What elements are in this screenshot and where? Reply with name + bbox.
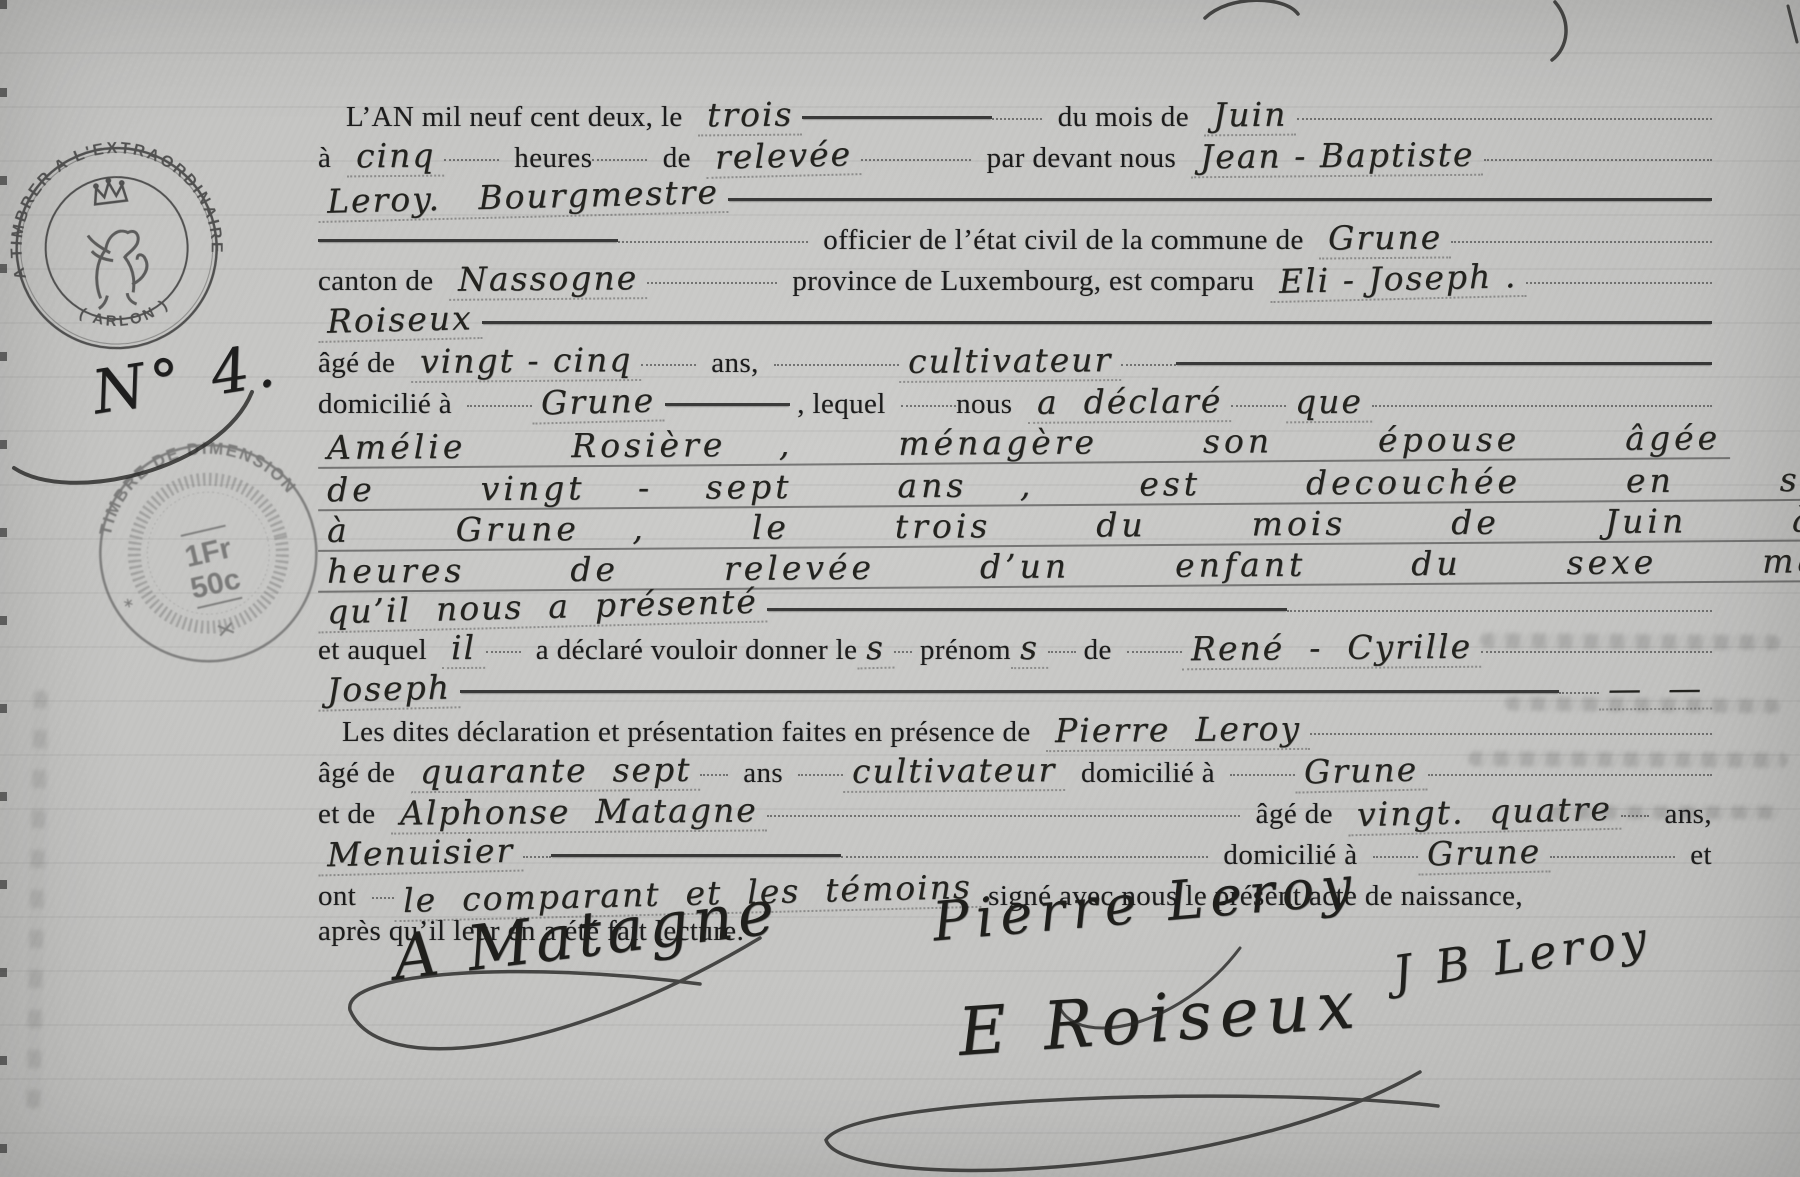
ink-rule	[728, 196, 1712, 201]
handwritten-entry: Juin	[1204, 95, 1297, 137]
document-page: A TIMBRER A L'EXTRAORDINAIRE ( ARLON ) N…	[0, 0, 1800, 1177]
stamp-arc-text: A TIMBRER A L'EXTRAORDINAIRE	[0, 128, 226, 282]
printed-text: par devant nous	[971, 142, 1191, 175]
dotted-leader	[1231, 404, 1286, 407]
handwritten-entry: s	[1011, 628, 1048, 669]
printed-text: , lequel	[790, 388, 902, 421]
printed-text: âgé de	[318, 757, 411, 790]
form-lines: L’AN mil neuf cent deux, le trois du moi…	[318, 95, 1712, 954]
bleed-through-smudge	[26, 690, 47, 1110]
printed-text: canton de	[318, 265, 449, 298]
form-line: Les dites déclaration et présentation fa…	[318, 710, 1712, 751]
form-line: qu’il nous a présenté	[318, 587, 1712, 628]
dotted-leader	[1526, 281, 1712, 284]
dotted-leader	[1048, 650, 1076, 653]
dotted-leader	[1559, 691, 1599, 694]
printed-text: heures	[499, 142, 592, 175]
printed-text: âgé de	[318, 347, 411, 380]
dotted-leader	[1127, 650, 1182, 653]
dotted-leader	[774, 363, 899, 366]
printed-text: ans,	[696, 347, 774, 380]
form-line: Joseph— —	[318, 669, 1712, 710]
handwritten-entry: a déclaré	[1028, 381, 1232, 424]
printed-text: de	[647, 142, 706, 175]
dotted-leader	[798, 773, 843, 776]
ink-rule	[551, 852, 841, 857]
handwritten-entry: cultivateur	[843, 750, 1066, 793]
printed-text: à	[318, 142, 347, 175]
handwritten-entry: vingt - cinq	[410, 340, 641, 383]
handwritten-entry: quarante sept	[410, 750, 700, 794]
handwritten-entry: René - Cyrille	[1182, 627, 1481, 671]
handwritten-entry: Nassogne	[449, 258, 648, 301]
dotted-leader	[1373, 855, 1418, 858]
handwritten-entry: Jean - Baptiste	[1191, 135, 1484, 179]
form-line: âgé de vingt - cinq ans, cultivateur	[318, 341, 1712, 382]
handwritten-entry: Grune	[532, 380, 665, 424]
printed-text: et de	[318, 798, 391, 831]
handwritten-entry: que	[1286, 382, 1372, 424]
form-line: officier de l’état civil de la commune d…	[318, 218, 1712, 259]
handwritten-entry: Roiseux	[318, 298, 483, 343]
form-line: Roiseux	[318, 300, 1712, 341]
handwritten-entry: Eli - Joseph .	[1269, 256, 1526, 303]
handwritten-entry: il	[442, 628, 485, 669]
printed-text: et	[1675, 839, 1712, 872]
form-line: heures de relevée d’un enfant du sexe ma…	[318, 546, 1712, 587]
handwritten-entry: cultivateur	[899, 340, 1122, 383]
dotted-leader	[486, 650, 521, 653]
handwritten-entry: Menuisier	[318, 830, 524, 876]
dotted-leader	[901, 404, 956, 407]
dotted-leader	[1297, 117, 1712, 120]
dotted-leader	[992, 117, 1042, 120]
form-line: Menuisier domicilié à Grune et	[318, 833, 1712, 874]
belgian-lion-icon	[88, 228, 152, 308]
stamp-bottom-text: ( ARLON )	[75, 294, 175, 335]
printed-text: ans	[728, 757, 798, 790]
printed-text: domicilié à	[318, 388, 467, 421]
ink-rule	[767, 606, 1287, 611]
printed-text: prénom	[912, 634, 1011, 667]
dotted-leader	[1451, 240, 1712, 243]
bleed-through-smudge	[1550, 806, 1780, 819]
handwritten-entry: s	[857, 628, 895, 670]
dotted-leader	[647, 281, 777, 284]
crown-icon	[92, 177, 127, 204]
handwritten-entry: relevée	[706, 134, 862, 179]
printed-text: a déclaré vouloir donner le	[521, 634, 858, 667]
dotted-leader	[767, 814, 1241, 817]
dotted-leader	[444, 158, 499, 161]
form-line: Amélie Rosière , ménagère son épouse âgé…	[318, 423, 1712, 464]
dotted-leader	[1428, 773, 1712, 776]
bleed-through-smudge	[1505, 697, 1780, 714]
stamp-star-icon: ∗	[121, 593, 136, 611]
dotted-leader	[592, 158, 647, 161]
bleed-through-smudge	[1480, 633, 1780, 650]
ink-rule	[1176, 360, 1712, 365]
form-line: domicilié à Grune , lequel nous a déclar…	[318, 382, 1712, 423]
dotted-leader	[467, 404, 532, 407]
printed-text: province de Luxembourg, est comparu	[777, 265, 1270, 298]
signature-roiseux: E Roiseux	[956, 966, 1365, 1071]
dotted-leader	[641, 363, 696, 366]
handwritten-entry: Grune	[1319, 217, 1452, 259]
handwritten-entry: Joseph	[318, 667, 461, 711]
handwritten-entry: Grune	[1295, 749, 1428, 793]
dotted-leader	[1287, 609, 1712, 612]
dotted-leader	[1484, 158, 1712, 161]
printed-text: Les dites déclaration et présentation fa…	[342, 716, 1046, 749]
dotted-leader	[1550, 855, 1675, 858]
printed-text: L’AN mil neuf cent deux, le	[346, 101, 698, 134]
form-line: à cinq heures de relevée par devant nous…	[318, 136, 1712, 177]
dotted-leader	[700, 773, 728, 776]
form-line: de vingt - sept ans , est decouchée en s…	[318, 464, 1712, 505]
ink-rule	[802, 114, 992, 119]
cropped-pen-stroke	[1552, 2, 1566, 60]
handwritten-entry: Grune	[1417, 831, 1550, 875]
ink-rule	[482, 319, 1712, 324]
dotted-leader	[1310, 732, 1712, 735]
printed-text: ont	[318, 880, 372, 913]
printed-text: nous	[956, 388, 1028, 421]
bleed-through-smudge	[1468, 751, 1788, 768]
dotted-leader	[523, 855, 551, 858]
dotted-leader	[841, 855, 1208, 858]
ink-rule	[665, 401, 790, 406]
handwritten-entry: Leroy. Bourgmestre	[318, 172, 729, 223]
printed-text: âgé de	[1240, 798, 1348, 831]
ink-rule	[318, 237, 618, 242]
form-line: et de Alphonse Matagne âgé de vingt. qua…	[318, 792, 1712, 833]
roiseux-flourish	[826, 1072, 1438, 1170]
form-line: canton de Nassogne province de Luxembour…	[318, 259, 1712, 300]
printed-text: de	[1076, 634, 1127, 667]
form-line: Leroy. Bourgmestre	[318, 177, 1712, 218]
printed-text: officier de l’état civil de la commune d…	[808, 224, 1319, 257]
dotted-leader	[1481, 650, 1712, 653]
ink-rule	[460, 688, 1559, 693]
form-line: à Grune , le trois du mois de Juin à cin…	[318, 505, 1712, 546]
dotted-leader	[861, 158, 971, 161]
dotted-leader	[372, 896, 394, 899]
printed-text: du mois de	[1042, 101, 1204, 134]
handwritten-entry: Alphonse Matagne	[391, 790, 767, 834]
dotted-leader	[1230, 773, 1295, 776]
dotted-leader	[894, 650, 912, 653]
cropped-pen-stroke	[1788, 6, 1797, 42]
dotted-leader	[1121, 363, 1176, 366]
dotted-leader	[618, 240, 808, 243]
dimension-stamp: TIMBRE DE DIMENSION ∗ 1Fr 50c	[68, 413, 351, 700]
dotted-leader	[1372, 404, 1712, 407]
handwritten-entry: trois	[698, 95, 803, 137]
handwritten-entry: cinq	[346, 136, 444, 178]
printed-text: domicilié à	[1066, 757, 1231, 790]
cropped-pen-stroke	[1205, 0, 1298, 18]
handwritten-entry: Pierre Leroy	[1046, 709, 1310, 752]
form-line: L’AN mil neuf cent deux, le trois du moi…	[318, 95, 1712, 136]
printed-text: et auquel	[318, 634, 442, 667]
